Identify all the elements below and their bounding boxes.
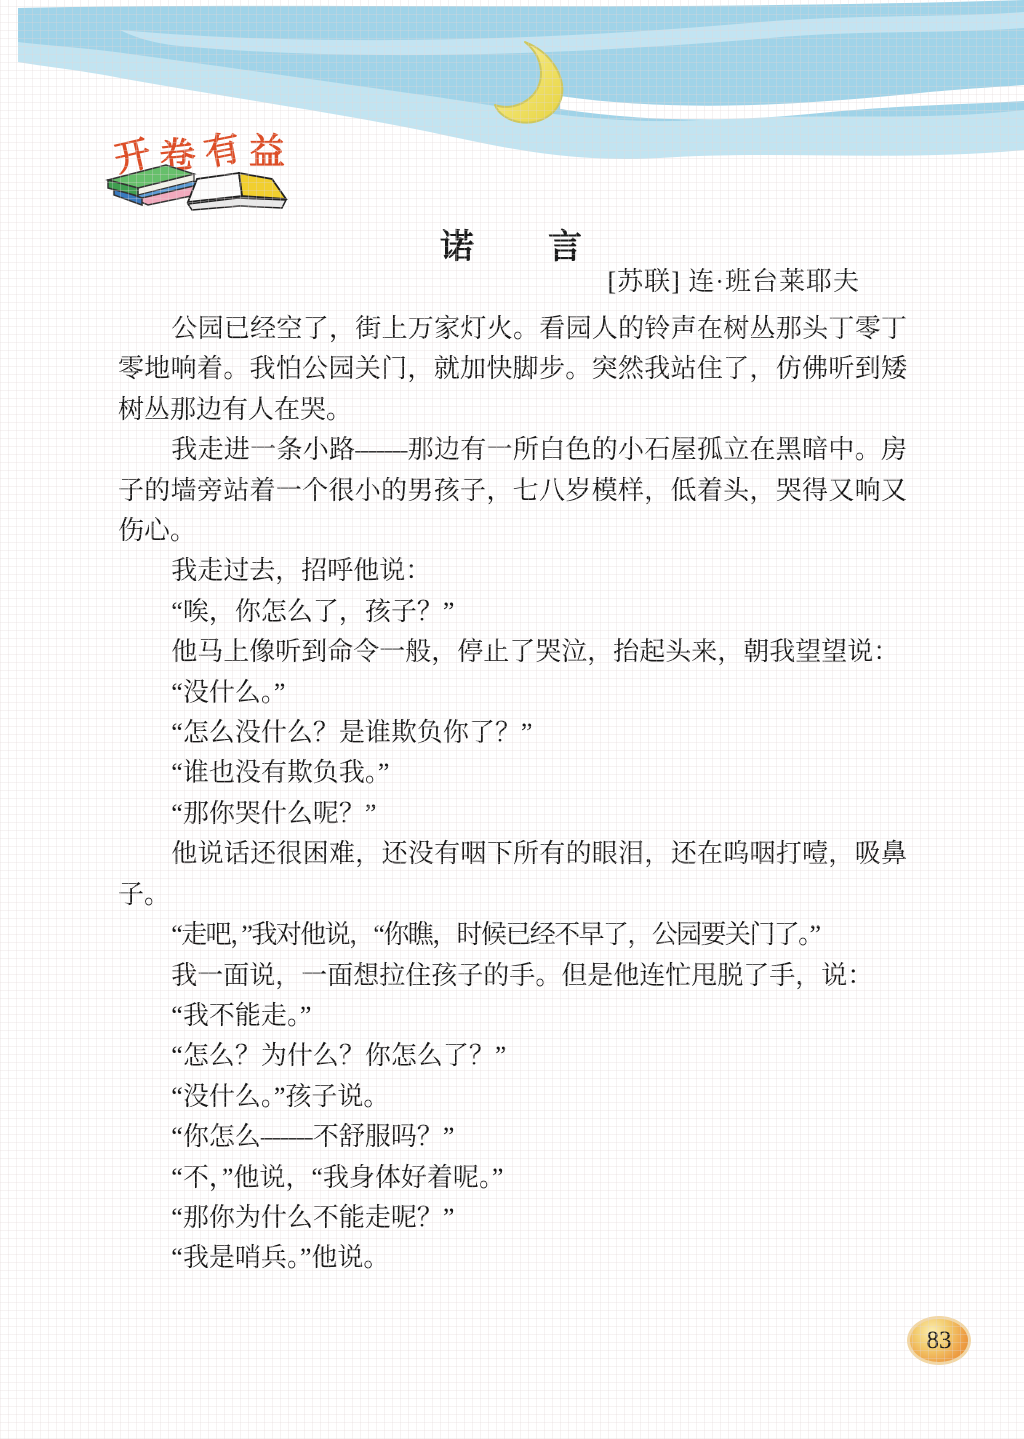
story-paragraph: 我走进一条小路——那边有一所白色的小石屋孤立在黑暗中。房子的墙旁站着一个很小的男… [118, 430, 907, 551]
page-number-badge: 83 [907, 1316, 971, 1365]
story-paragraph: “唉，你怎么了，孩子？” [118, 592, 907, 632]
open-book-and-stack-icon [96, 154, 296, 216]
story-paragraph: “那你哭什么呢？” [118, 794, 907, 834]
article-author: [苏联] 连·班台莱耶夫 [608, 261, 860, 298]
story-paragraph: “没什么。”孩子说。 [118, 1077, 907, 1117]
story-paragraph: 他马上像听到命令一般，停止了哭泣，抬起头来，朝我望望说： [118, 632, 907, 672]
story-paragraph: “我是哨兵。”他说。 [118, 1238, 907, 1278]
story-paragraph: “没什么。” [118, 673, 907, 713]
page-number: 83 [927, 1327, 952, 1355]
story-paragraph: “我不能走。” [118, 996, 907, 1036]
article-body: 公园已经空了，街上万家灯火。看园人的铃声在树丛那头丁零丁零地响着。我怕公园关门，… [118, 309, 907, 1279]
story-paragraph: 我走过去，招呼他说： [118, 551, 907, 591]
story-paragraph: “那你为什么不能走呢？” [118, 1198, 907, 1238]
article-title: 诺 言 [0, 219, 1024, 268]
story-paragraph: 我一面说，一面想拉住孩子的手。但是他连忙甩脱了手，说： [118, 956, 907, 996]
story-paragraph: “谁也没有欺负我。” [118, 753, 907, 793]
story-paragraph: “你怎么——不舒服吗？” [118, 1117, 907, 1157]
story-paragraph: “怎么没什么？是谁欺负你了？” [118, 713, 907, 753]
story-paragraph: “怎么？为什么？你怎么了？” [118, 1036, 907, 1076]
story-paragraph: 公园已经空了，街上万家灯火。看园人的铃声在树丛那头丁零丁零地响着。我怕公园关门，… [118, 309, 907, 430]
story-paragraph: “不，”他说，“我身体好着呢。” [118, 1158, 907, 1198]
banner-logo: 开卷有益 [96, 122, 326, 222]
story-paragraph: 他说话还很困难，还没有咽下所有的眼泪，还在呜咽打噎，吸鼻子。 [118, 834, 907, 915]
story-paragraph: “走吧，”我对他说，“你瞧，时候已经不早了，公园要关门了。” [118, 915, 907, 955]
